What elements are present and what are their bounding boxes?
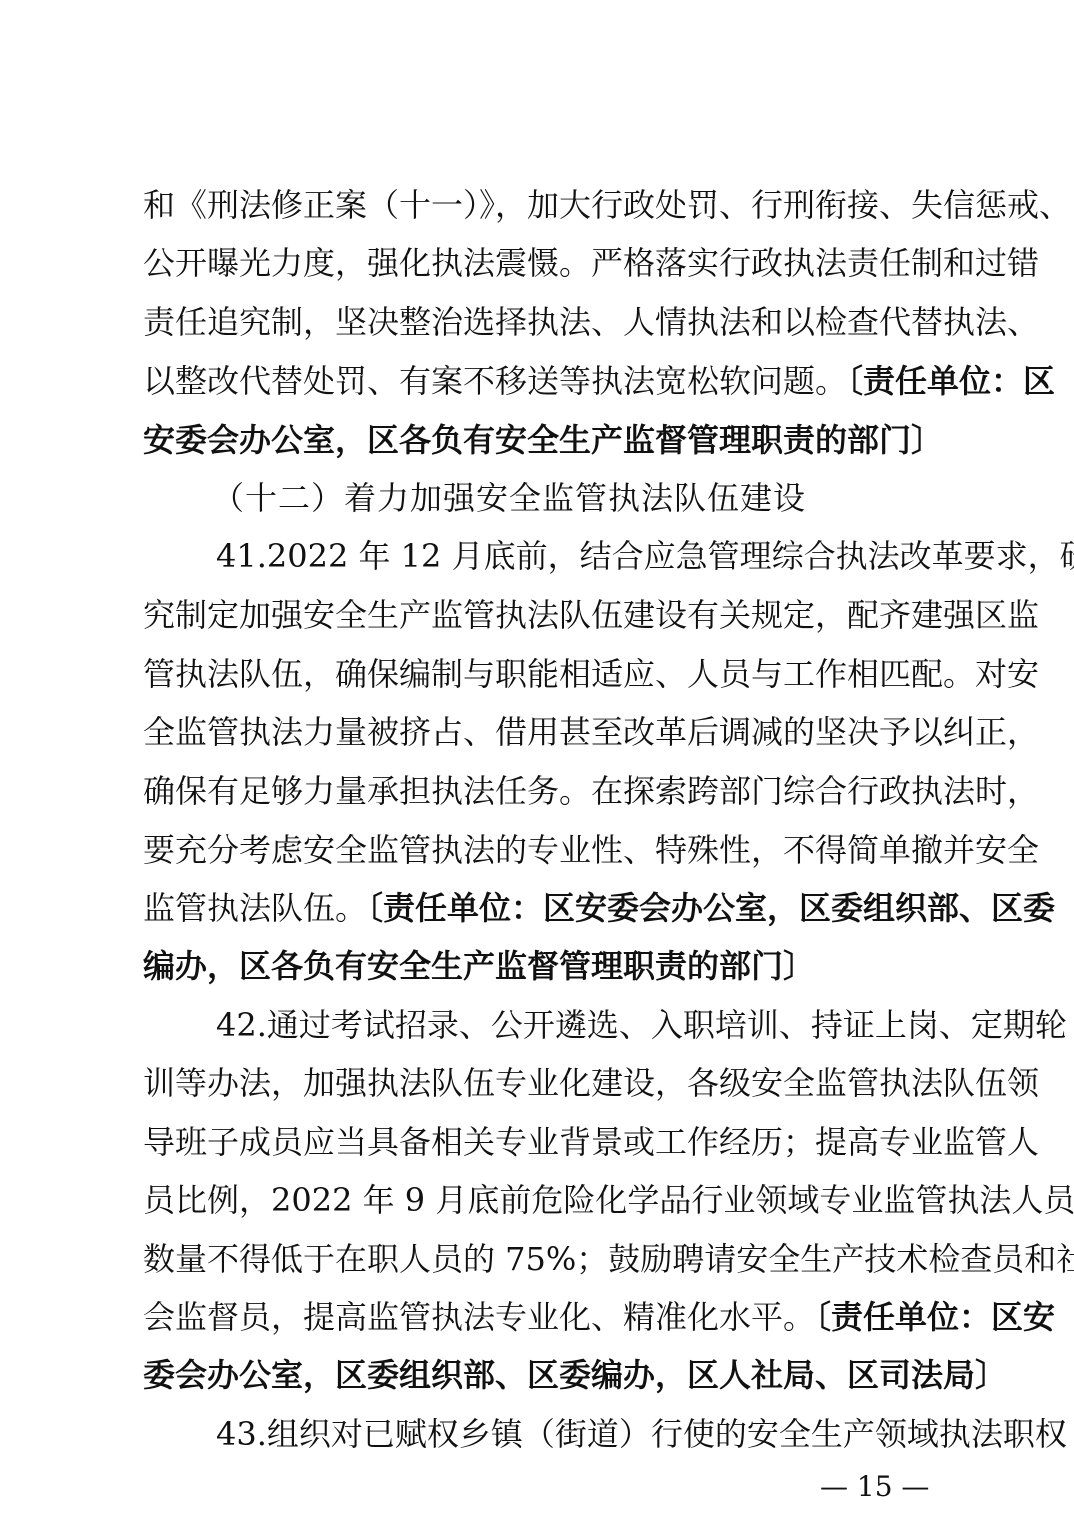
page-number: — 15 — <box>820 1470 929 1503</box>
text-line: 以整改代替处罚、有案不移送等执法宽松软问题。〔责任单位：区 <box>143 361 943 401</box>
line-text: 会监督员，提高监管执法专业化、精准化水平。 <box>143 1298 815 1336</box>
line-text: 究制定加强安全生产监管执法队伍建设有关规定，配齐建强区监 <box>143 596 1039 634</box>
text-line: 数量不得低于在职人员的 75%；鼓励聘请安全生产技术检查员和社 <box>143 1239 943 1279</box>
responsible-unit-text: 〔责任单位：区安委会办公室，区委组织部、区委 <box>367 889 1055 927</box>
responsible-unit-text: 〔责任单位：区 <box>847 362 1055 400</box>
text-line: 编办，区各负有安全生产监督管理职责的部门〕 <box>143 946 815 986</box>
text-line: 会监督员，提高监管执法专业化、精准化水平。〔责任单位：区安 <box>143 1297 943 1337</box>
line-text: 和《刑法修正案（十一）》，加大行政处罚、行刑衔接、失信惩戒、 <box>143 186 1071 224</box>
line-text: 管执法队伍，确保编制与职能相适应、人员与工作相匹配。对安 <box>143 655 1039 693</box>
line-text: 要充分考虑安全监管执法的专业性、特殊性，不得简单撤并安全 <box>143 831 1039 869</box>
line-text: 41.2022 年 12 月底前，结合应急管理综合执法改革要求，研 <box>216 537 1074 575</box>
text-line: 委会办公室，区委组织部、区委编办，区人社局、区司法局〕 <box>143 1355 1007 1395</box>
text-line: 42.通过考试招录、公开遴选、入职培训、持证上岗、定期轮 <box>216 1005 943 1045</box>
line-text: 员比例，2022 年 9 月底前危险化学品行业领域专业监管执法人员 <box>143 1181 1074 1219</box>
line-text: 以整改代替处罚、有案不移送等执法宽松软问题。 <box>143 362 847 400</box>
text-line: 监管执法队伍。〔责任单位：区安委会办公室，区委组织部、区委 <box>143 888 943 928</box>
line-text: 训等办法，加强执法队伍专业化建设，各级安全监管执法队伍领 <box>143 1064 1039 1102</box>
text-line: 训等办法，加强执法队伍专业化建设，各级安全监管执法队伍领 <box>143 1063 943 1103</box>
text-line: 导班子成员应当具备相关专业背景或工作经历；提高专业监管人 <box>143 1122 943 1162</box>
text-line: 要充分考虑安全监管执法的专业性、特殊性，不得简单撤并安全 <box>143 830 943 870</box>
responsible-unit-text: 安委会办公室，区各负有安全生产监督管理职责的部门〕 <box>143 421 943 459</box>
line-text: 导班子成员应当具备相关专业背景或工作经历；提高专业监管人 <box>143 1123 1039 1161</box>
text-line: 全监管执法力量被挤占、借用甚至改革后调减的坚决予以纠正， <box>143 712 943 752</box>
line-text: 42.通过考试招录、公开遴选、入职培训、持证上岗、定期轮 <box>216 1006 1067 1044</box>
text-line: 41.2022 年 12 月底前，结合应急管理综合执法改革要求，研 <box>216 536 943 576</box>
text-line: 管执法队伍，确保编制与职能相适应、人员与工作相匹配。对安 <box>143 654 943 694</box>
line-text: 公开曝光力度，强化执法震慑。严格落实行政执法责任制和过错 <box>143 244 1039 282</box>
line-text: 责任追究制，坚决整治选择执法、人情执法和以检查代替执法、 <box>143 303 1039 341</box>
text-line: 员比例，2022 年 9 月底前危险化学品行业领域专业监管执法人员 <box>143 1180 943 1220</box>
line-text: 确保有足够力量承担执法任务。在探索跨部门综合行政执法时， <box>143 772 1039 810</box>
document-page: 和《刑法修正案（十一）》，加大行政处罚、行刑衔接、失信惩戒、 公开曝光力度，强化… <box>0 0 1074 1520</box>
text-line: 公开曝光力度，强化执法震慑。严格落实行政执法责任制和过错 <box>143 243 943 283</box>
responsible-unit-text: 委会办公室，区委组织部、区委编办，区人社局、区司法局〕 <box>143 1356 1007 1394</box>
section-heading: （十二）着力加强安全监管执法队伍建设 <box>212 478 806 518</box>
text-line: 43.组织对已赋权乡镇（街道）行使的安全生产领域执法职权 <box>216 1414 943 1454</box>
text-line: 安委会办公室，区各负有安全生产监督管理职责的部门〕 <box>143 420 943 460</box>
text-line: 和《刑法修正案（十一）》，加大行政处罚、行刑衔接、失信惩戒、 <box>143 185 943 225</box>
line-text: 数量不得低于在职人员的 75%；鼓励聘请安全生产技术检查员和社 <box>143 1240 1074 1278</box>
responsible-unit-text: 〔责任单位：区安 <box>815 1298 1055 1336</box>
line-text: 43.组织对已赋权乡镇（街道）行使的安全生产领域执法职权 <box>216 1415 1067 1453</box>
text-line: 确保有足够力量承担执法任务。在探索跨部门综合行政执法时， <box>143 771 943 811</box>
line-text: 全监管执法力量被挤占、借用甚至改革后调减的坚决予以纠正， <box>143 713 1039 751</box>
heading-text: （十二）着力加强安全监管执法队伍建设 <box>212 479 806 517</box>
line-text: 监管执法队伍。 <box>143 889 367 927</box>
responsible-unit-text: 编办，区各负有安全生产监督管理职责的部门〕 <box>143 947 815 985</box>
text-line: 责任追究制，坚决整治选择执法、人情执法和以检查代替执法、 <box>143 302 943 342</box>
text-line: 究制定加强安全生产监管执法队伍建设有关规定，配齐建强区监 <box>143 595 943 635</box>
